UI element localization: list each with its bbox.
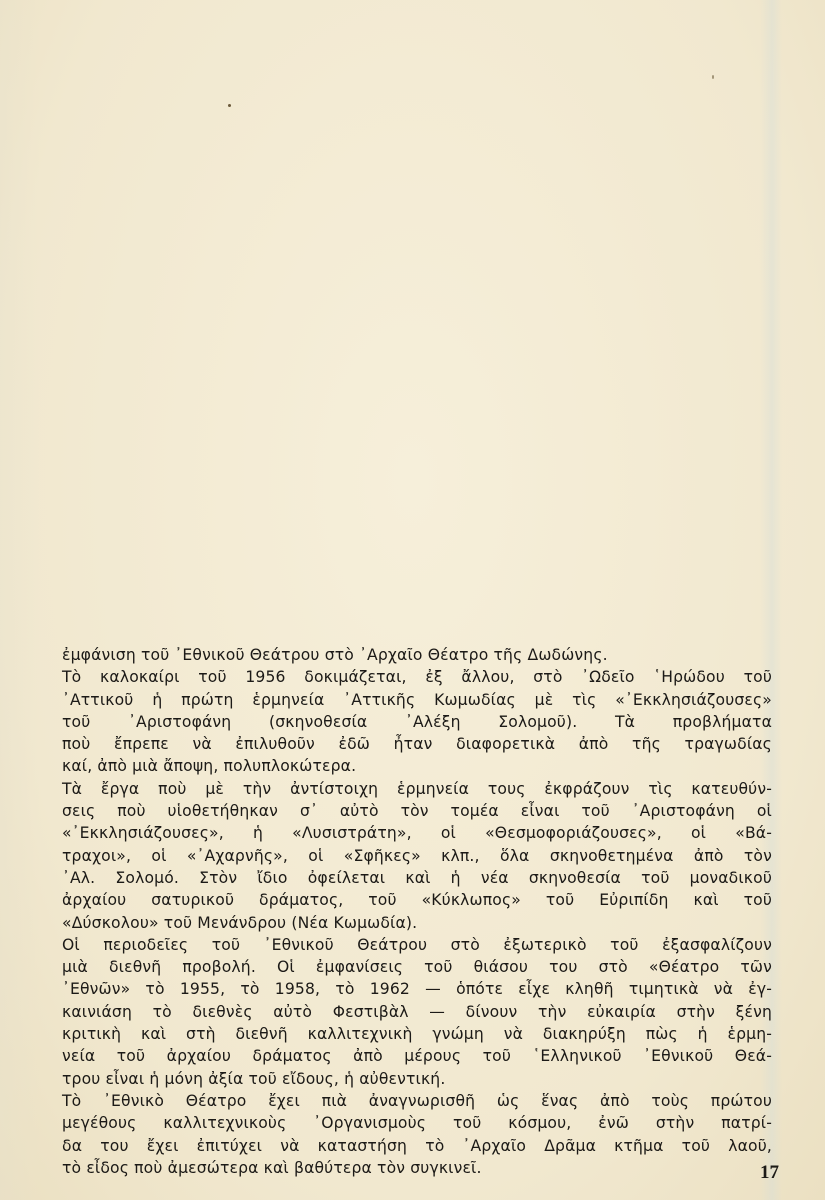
text-line: τὸ εἶδος ποὺ ἀμεσώτερα καὶ βαθύτερα τὸν … [62, 1157, 772, 1179]
text-line: ἀρχαίου σατυρικοῦ δράματος, τοῦ «Κύκλωπο… [62, 889, 772, 911]
text-line: ποὺ ἔπρεπε νὰ ἐπιλυθοῦν ἐδῶ ἦταν διαφορε… [62, 733, 772, 755]
text-line: «᾽Εκκλησιάζουσες», ἡ «Λυσιστράτη», οἱ «Θ… [62, 822, 772, 844]
text-line: «Δύσκολου» τοῦ Μενάνδρου (Νέα Κωμωδία). [62, 912, 772, 934]
paper-speck [228, 104, 231, 107]
paper-speck [712, 75, 714, 79]
text-line: σεις ποὺ υἱοθετήθηκαν σ᾽ αὐτὸ τὸν τομέα … [62, 800, 772, 822]
text-line: τραχοι», οἱ «᾽Αχαρνῆς», οἱ «Σφῆκες» κλπ.… [62, 845, 772, 867]
text-line: μεγέθους καλλιτεχνικοὺς ᾽Οργανισμοὺς τοῦ… [62, 1112, 772, 1134]
text-line: Τὸ καλοκαίρι τοῦ 1956 δοκιμάζεται, ἐξ ἄλ… [62, 666, 772, 688]
text-line: Τὸ ᾽Εθνικὸ Θέατρο ἔχει πιὰ ἀναγνωρισθῆ ὡ… [62, 1090, 772, 1112]
text-line: ἐμφάνιση τοῦ ᾽Εθνικοῦ Θεάτρου στὸ ᾽Αρχαῖ… [62, 644, 772, 666]
text-line: τοῦ ᾽Αριστοφάνη (σκηνοθεσία ᾽Αλέξη Σολομ… [62, 711, 772, 733]
text-line: μιὰ διεθνῆ προβολή. Οἱ ἐμφανίσεις τοῦ θι… [62, 956, 772, 978]
text-line: καινιάση τὸ διεθνὲς αὐτὸ Φεστιβὰλ — δίνο… [62, 1001, 772, 1023]
text-line: νεία τοῦ ἀρχαίου δράματος ἀπὸ μέρους τοῦ… [62, 1045, 772, 1067]
text-line: ᾽Εθνῶν» τὸ 1955, τὸ 1958, τὸ 1962 — ὁπότ… [62, 978, 772, 1000]
text-line: Τὰ ἔργα ποὺ μὲ τὴν ἀντίστοιχη ἑρμηνεία τ… [62, 778, 772, 800]
text-line: Οἱ περιοδεῖες τοῦ ᾽Εθνικοῦ Θεάτρου στὸ ἐ… [62, 934, 772, 956]
text-line: ᾽Αττικοῦ ἡ πρώτη ἑρμηνεία ᾽Αττικῆς Κωμωδ… [62, 689, 772, 711]
text-line: τρου εἶναι ἡ μόνη ἀξία τοῦ εἴδους, ἡ αὐθ… [62, 1068, 772, 1090]
text-line: δα του ἔχει ἐπιτύχει νὰ καταστήση τὸ ᾽Αρ… [62, 1135, 772, 1157]
text-line: ᾽Αλ. Σολομό. Στὸν ἴδιο ὀφείλεται καὶ ἡ ν… [62, 867, 772, 889]
text-line: κριτικὴ καὶ στὴ διεθνῆ καλλιτεχνικὴ γνώμ… [62, 1023, 772, 1045]
body-text: ἐμφάνιση τοῦ ᾽Εθνικοῦ Θεάτρου στὸ ᾽Αρχαῖ… [62, 644, 772, 1179]
scanned-page: ἐμφάνιση τοῦ ᾽Εθνικοῦ Θεάτρου στὸ ᾽Αρχαῖ… [0, 0, 825, 1200]
text-line: καί, ἀπὸ μιὰ ἄποψη, πολυπλοκώτερα. [62, 755, 772, 777]
page-number: 17 [760, 1162, 779, 1184]
